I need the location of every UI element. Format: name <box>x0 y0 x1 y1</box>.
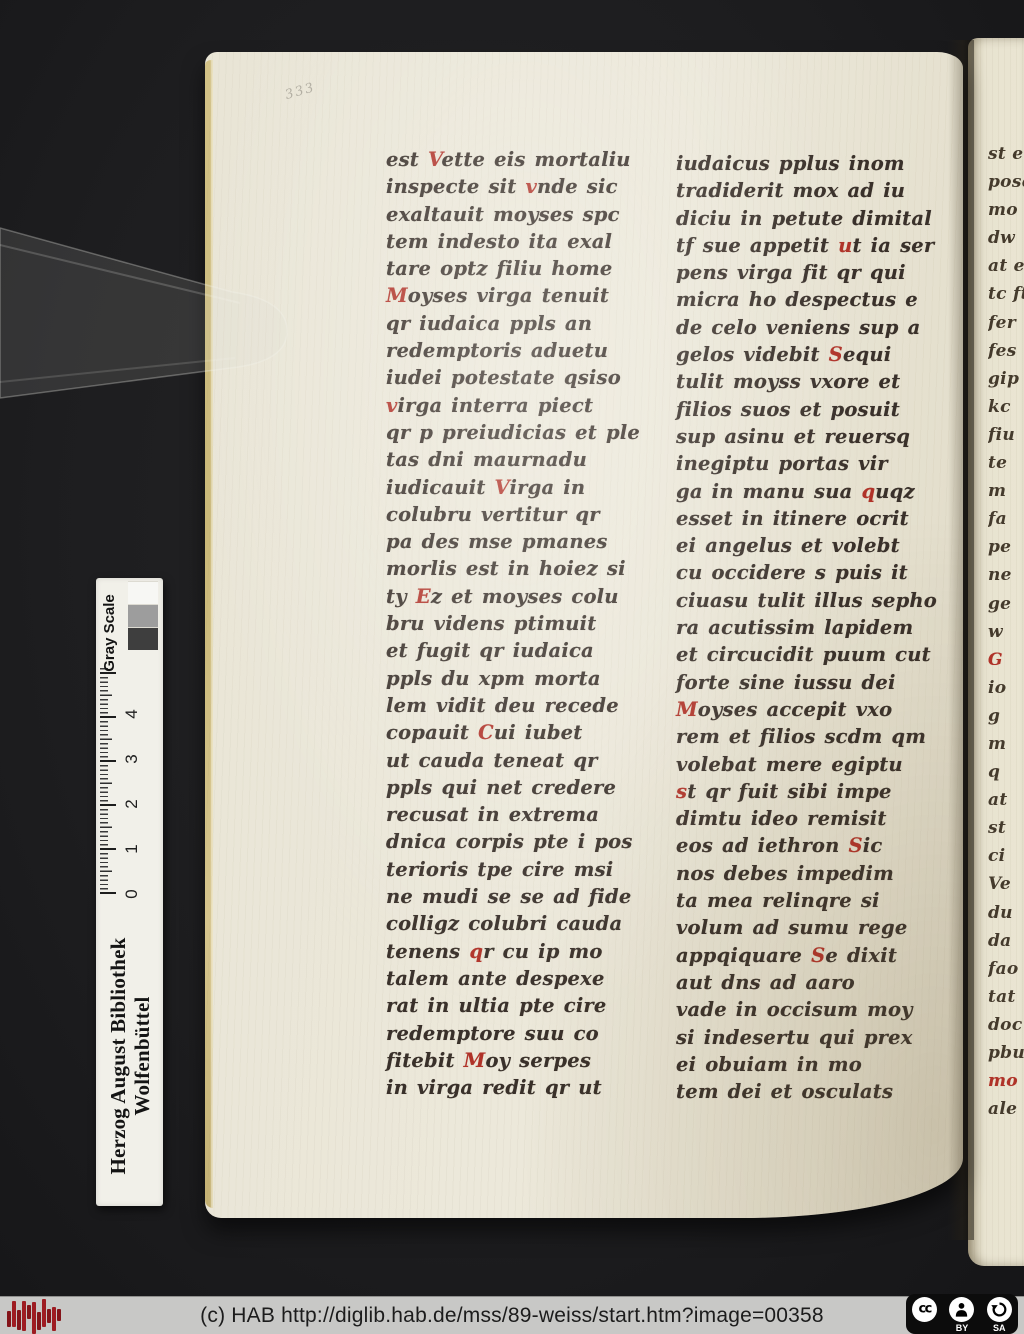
manuscript-text-line: tf sue appetit ut ia ser <box>676 232 944 259</box>
library-ruler-strip: Herzog August Bibliothek Wolfenbüttel 01… <box>96 578 163 1206</box>
attribution-person-icon <box>949 1297 974 1322</box>
manuscript-text-line: ei obuiam in mo <box>676 1051 944 1078</box>
ruler-number: 0 <box>122 888 144 900</box>
ruler-number: 4 <box>122 708 144 720</box>
cc-icon: cc <box>912 1297 937 1322</box>
facing-text-fragment: at <box>988 786 1024 814</box>
manuscript-text-line: pa des mse pmanes <box>386 528 648 555</box>
manuscript-text-line: tare optz filiu home <box>386 255 648 282</box>
facing-text-fragment: pe <box>988 533 1024 561</box>
manuscript-text-line: st qr fuit sibi impe <box>676 778 944 805</box>
manuscript-text-line: et circucidit puum cut <box>676 641 944 668</box>
facing-text-fragment: w <box>988 618 1024 646</box>
facing-text-fragment: st e <box>988 140 1024 168</box>
grayscale-patch-mid <box>128 605 158 627</box>
facing-text-fragment: Ve <box>988 870 1024 898</box>
manuscript-text-line: Moyses virga tenuit <box>386 282 648 309</box>
facing-text-fragment: tc ft <box>988 280 1024 308</box>
library-name-line2: Wolfenbüttel <box>130 996 154 1115</box>
facing-text-fragment: da <box>988 927 1024 955</box>
cc-sa-column: SA <box>984 1297 1014 1333</box>
manuscript-text-line: colubru vertitur qr <box>386 501 648 528</box>
manuscript-text-line: in virga redit qr ut <box>386 1074 648 1101</box>
pencil-foliation-mark: 333 <box>284 80 318 103</box>
manuscript-text-line: ra acutissim lapidem <box>676 614 944 641</box>
manuscript-text-line: vade in occisum moy <box>676 996 944 1023</box>
manuscript-text-line: forte sine iussu dei <box>676 669 944 696</box>
manuscript-text-line: iudicauit Virga in <box>386 474 648 501</box>
manuscript-text-line: redemptore suu co <box>386 1020 648 1047</box>
manuscript-text-line: si indesertu qui prex <box>676 1024 944 1051</box>
manuscript-text-line: et fugit qr iudaica <box>386 637 648 664</box>
facing-text-fragment: fao <box>988 955 1024 983</box>
facing-text-fragment: q <box>988 758 1024 786</box>
manuscript-text-line: redemptoris aduetu <box>386 337 648 364</box>
grayscale-label: Gray Scale <box>101 580 118 686</box>
manuscript-text-line: ppls du xpm morta <box>386 665 648 692</box>
manuscript-text-column-left: est Vette eis mortaliuinspecte sit vnde … <box>386 146 648 1101</box>
cc-logo-column: cc <box>910 1297 940 1323</box>
manuscript-text-line: de celo veniens sup a <box>676 314 944 341</box>
manuscript-text-line: appqiquare Se dixit <box>676 942 944 969</box>
facing-text-fragment: at e <box>988 252 1024 280</box>
manuscript-text-line: dimtu ideo remisit <box>676 805 944 832</box>
manuscript-text-line: sup asinu et reuersq <box>676 423 944 450</box>
facing-text-fragment: pbu <box>988 1039 1024 1067</box>
ruler-numbers: 01234 <box>122 708 144 900</box>
cc-license-badge: cc BY <box>906 1294 1018 1334</box>
facing-text-fragment: m <box>988 477 1024 505</box>
manuscript-text-line: bru videns ptimuit <box>386 610 648 637</box>
manuscript-text-line: ne mudi se se ad fide <box>386 883 648 910</box>
manuscript-text-line: recusat in extrema <box>386 801 648 828</box>
manuscript-text-line: eos ad iethron Sic <box>676 832 944 859</box>
grayscale-patches <box>128 581 158 650</box>
manuscript-text-line: nos debes impedim <box>676 860 944 887</box>
facing-text-fragment: dw <box>988 224 1024 252</box>
manuscript-text-line: virga interra piect <box>386 392 648 419</box>
manuscript-text-line: cu occidere s puis it <box>676 559 944 586</box>
grayscale-calibration: Gray Scale <box>96 578 163 660</box>
ruler-major-ticks <box>100 662 116 894</box>
manuscript-text-line: micra ho despectus e <box>676 286 944 313</box>
manuscript-text-line: talem ante despexe <box>386 965 648 992</box>
manuscript-text-line: volum ad sumu rege <box>676 914 944 941</box>
facing-text-fragment: ci <box>988 842 1024 870</box>
manuscript-text-line: qr p preiudicias et ple <box>386 419 648 446</box>
facing-text-fragment: fes <box>988 337 1024 365</box>
manuscript-text-line: ty Ez et moyses colu <box>386 583 648 610</box>
ruler-number: 1 <box>122 843 144 855</box>
facing-text-fragment: pose <box>988 168 1024 196</box>
manuscript-text-line: rem et filios scdm qm <box>676 723 944 750</box>
manuscript-text-line: est Vette eis mortaliu <box>386 146 648 173</box>
manuscript-text-line: Moyses accepit vxo <box>676 696 944 723</box>
manuscript-text-line: ppls qui net credere <box>386 774 648 801</box>
manuscript-text-line: copauit Cui iubet <box>386 719 648 746</box>
manuscript-text-line: tenens qr cu ip mo <box>386 938 648 965</box>
facing-text-fragment: gip <box>988 365 1024 393</box>
facing-page-edge: st eposemodwat etc ftferfesgipkcfiutemfa… <box>968 38 1024 1266</box>
hab-logo <box>7 1297 65 1334</box>
manuscript-text-column-right: iudaicus pplus inomtradiderit mox ad iud… <box>676 150 944 1105</box>
facing-text-fragment: du <box>988 899 1024 927</box>
manuscript-text-line: tem indesto ita exal <box>386 228 648 255</box>
facing-text-fragment: ge <box>988 590 1024 618</box>
manuscript-text-line: rat in ultia pte cire <box>386 992 648 1019</box>
share-alike-arrow-icon <box>987 1297 1012 1322</box>
cc-by-label: BY <box>956 1323 969 1333</box>
manuscript-text-line: tradiderit mox ad iu <box>676 177 944 204</box>
manuscript-text-line: aut dns ad aaro <box>676 969 944 996</box>
manuscript-text-line: exaltauit moyses spc <box>386 201 648 228</box>
manuscript-text-line: pens virga fit qr qui <box>676 259 944 286</box>
manuscript-text-line: inegiptu portas vir <box>676 450 944 477</box>
digitized-manuscript-photo: st eposemodwat etc ftferfesgipkcfiutemfa… <box>0 0 1024 1334</box>
manuscript-text-line: ei angelus et volebt <box>676 532 944 559</box>
manuscript-page: 333 est Vette eis mortaliuinspecte sit v… <box>205 52 963 1218</box>
manuscript-text-line: tas dni maurnadu <box>386 446 648 473</box>
manuscript-text-line: inspecte sit vnde sic <box>386 173 648 200</box>
manuscript-text-line: qr iudaica ppls an <box>386 310 648 337</box>
manuscript-text-line: filios suos et posuit <box>676 396 944 423</box>
manuscript-text-line: fitebit Moy serpes <box>386 1047 648 1074</box>
facing-text-fragment: te <box>988 449 1024 477</box>
facing-text-fragment: st <box>988 814 1024 842</box>
cc-sa-label: SA <box>993 1323 1006 1333</box>
facing-text-fragment: m <box>988 730 1024 758</box>
facing-text-fragment: ale <box>988 1095 1024 1123</box>
footer-bar: (c) HAB http://diglib.hab.de/mss/89-weis… <box>0 1296 1024 1334</box>
facing-text-fragment: kc <box>988 393 1024 421</box>
manuscript-text-line: iudei potestate qsiso <box>386 364 648 391</box>
manuscript-text-line: iudaicus pplus inom <box>676 150 944 177</box>
copyright-url-text: (c) HAB http://diglib.hab.de/mss/89-weis… <box>200 1304 824 1328</box>
manuscript-text-line: esset in itinere ocrit <box>676 505 944 532</box>
manuscript-text-line: colligz colubri cauda <box>386 910 648 937</box>
facing-text-fragment: ne <box>988 561 1024 589</box>
manuscript-text-line: gelos videbit Sequi <box>676 341 944 368</box>
grayscale-patch-light <box>128 582 158 604</box>
ruler-number: 2 <box>122 798 144 810</box>
facing-text-fragment: mo <box>988 196 1024 224</box>
grayscale-patch-dark <box>128 628 158 650</box>
library-name-label: Herzog August Bibliothek Wolfenbüttel <box>96 906 163 1206</box>
manuscript-text-line: ut cauda teneat qr <box>386 747 648 774</box>
ruler-number: 3 <box>122 753 144 765</box>
manuscript-text-line: volebat mere egiptu <box>676 751 944 778</box>
facing-text-fragment: g <box>988 702 1024 730</box>
manuscript-text-line: ta mea relinqre si <box>676 887 944 914</box>
cc-by-column: BY <box>947 1297 977 1333</box>
cc-glyph: cc <box>918 1302 930 1317</box>
manuscript-text-line: diciu in petute dimital <box>676 205 944 232</box>
facing-page-text-fragments: st eposemodwat etc ftferfesgipkcfiutemfa… <box>988 140 1024 1123</box>
facing-text-fragment: G <box>988 646 1024 674</box>
facing-text-fragment: fa <box>988 505 1024 533</box>
facing-text-fragment: fiu <box>988 421 1024 449</box>
facing-text-fragment: doc <box>988 1011 1024 1039</box>
manuscript-text-line: ciuasu tulit illus sepho <box>676 587 944 614</box>
facing-text-fragment: io <box>988 674 1024 702</box>
library-name-line1: Herzog August Bibliothek <box>106 938 130 1175</box>
facing-text-fragment: tat <box>988 983 1024 1011</box>
manuscript-text-line: ga in manu sua quqz <box>676 478 944 505</box>
manuscript-text-line: tulit moyss vxore et <box>676 368 944 395</box>
manuscript-text-line: tem dei et osculats <box>676 1078 944 1105</box>
facing-text-fragment: fer <box>988 309 1024 337</box>
facing-text-fragment: mo <box>988 1067 1024 1095</box>
manuscript-text-line: dnica corpis pte i pos <box>386 828 648 855</box>
manuscript-text-line: morlis est in hoiez si <box>386 555 648 582</box>
manuscript-text-line: lem vidit deu recede <box>386 692 648 719</box>
manuscript-text-line: terioris tpe cire msi <box>386 856 648 883</box>
